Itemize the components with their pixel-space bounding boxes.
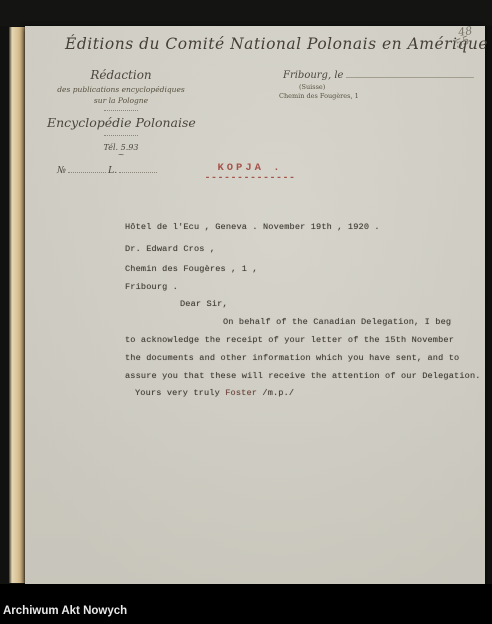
blank-rule — [119, 165, 157, 173]
closing-line: Yours very truly Foster /m.p./ — [135, 388, 294, 398]
letterhead-address: Chemin des Fougères, 1 — [279, 92, 463, 100]
document-scan: 48 55 Éditions du Comité National Polona… — [0, 0, 492, 624]
scanner-background — [0, 0, 492, 26]
archive-band: Archiwum Akt Nowych — [0, 584, 492, 624]
archive-watermark: Archiwum Akt Nowych — [3, 605, 127, 617]
letterhead-dateline: Fribourg, le — [283, 70, 463, 81]
signature-name: Foster — [225, 388, 257, 398]
letterhead-redaction: Rédaction — [47, 68, 195, 82]
ornament-glyph: ~ — [47, 152, 195, 157]
recipient-city: Fribourg . — [125, 282, 178, 292]
body-line-1: On behalf of the Canadian Delegation, I … — [223, 317, 451, 327]
letter-page: 48 55 Éditions du Comité National Polona… — [25, 26, 485, 584]
copy-stamp-underline: -------------- — [175, 174, 325, 183]
body-line-2: to acknowledge the receipt of your lette… — [125, 335, 454, 345]
letterhead-divider — [104, 135, 138, 136]
letterhead-right-block: Fribourg, le (Suisse) Chemin des Fougère… — [283, 70, 463, 100]
l-label: L. — [108, 165, 117, 176]
letterhead-subtitle-1: des publications encyclopédiques — [47, 85, 195, 94]
recipient-street: Chemin des Fougères , 1 , — [125, 264, 258, 274]
letterhead-reference-line: №L. — [47, 165, 195, 176]
letterhead-organization: Encyclopédie Polonaise — [47, 115, 195, 130]
letter-dateline: Hôtel de l'Ecu , Geneva . November 19th … — [125, 222, 380, 232]
body-line-3: the documents and other information whic… — [125, 353, 459, 363]
page-binding-edge — [9, 27, 26, 583]
city-label: Fribourg, le — [283, 70, 343, 81]
letterhead-country: (Suisse) — [299, 83, 463, 91]
signature-note: /m.p./ — [257, 388, 294, 398]
numero-label: № — [57, 165, 66, 176]
salutation: Dear Sir, — [180, 299, 228, 309]
closing-phrase: Yours very truly — [135, 388, 225, 398]
body-line-4: assure you that these will receive the a… — [125, 371, 481, 381]
recipient-name: Dr. Edward Cros , — [125, 244, 215, 254]
letterhead-title: Éditions du Comité National Polonais en … — [65, 35, 457, 53]
letterhead-subtitle-2: sur la Pologne — [47, 96, 195, 105]
letterhead-divider — [104, 110, 138, 111]
blank-rule — [68, 165, 106, 173]
blank-rule — [346, 71, 474, 78]
letterhead-left-block: Rédaction des publications encyclopédiqu… — [47, 68, 195, 176]
copy-stamp: KOPJA . -------------- — [175, 162, 325, 183]
